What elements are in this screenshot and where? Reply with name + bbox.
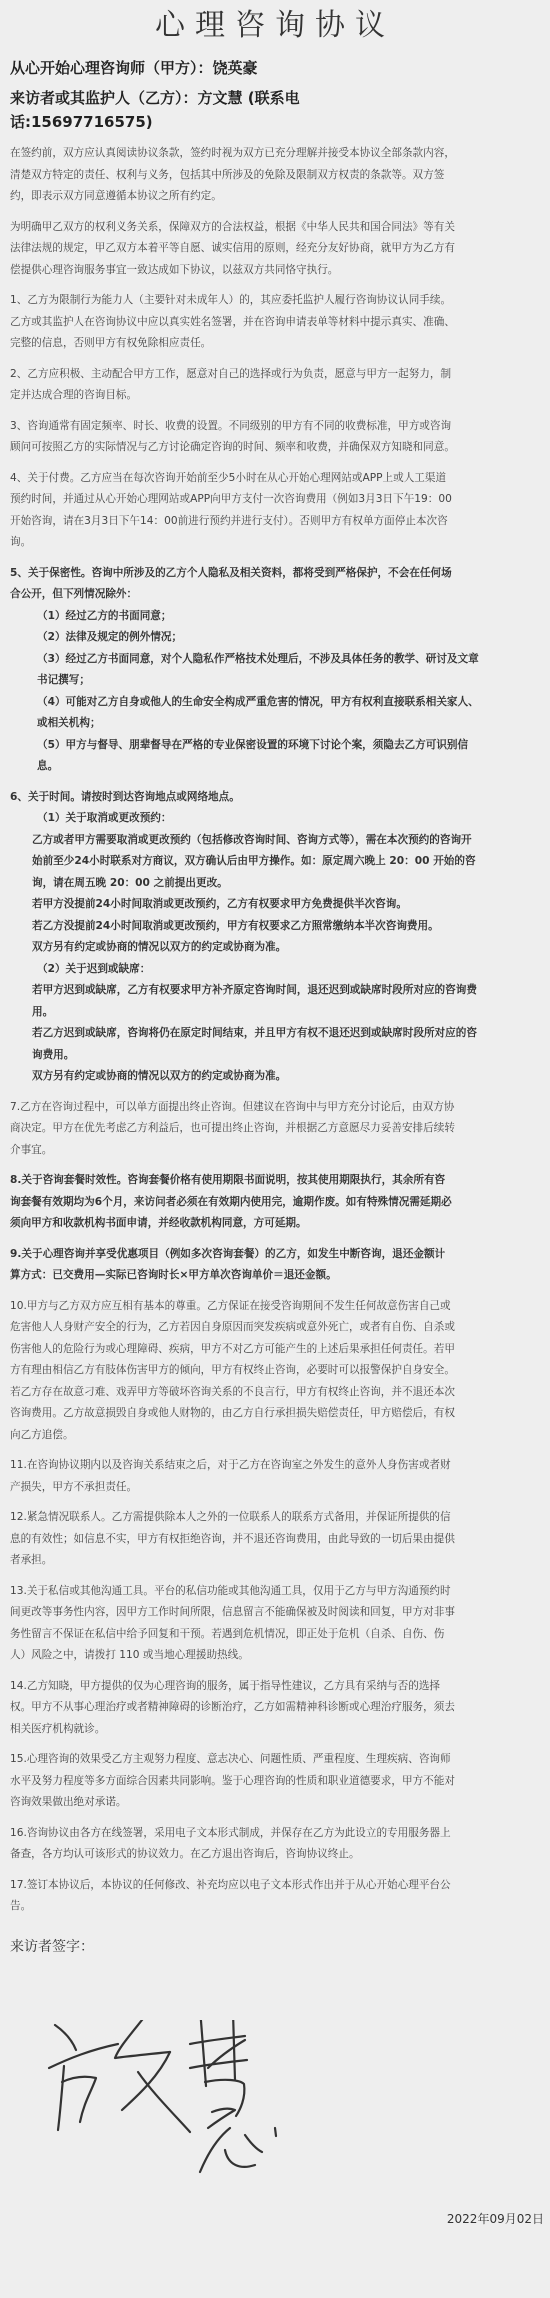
clause-3: 3、咨询通常有固定频率、时长、收费的设置。不同级别的甲方有不同的收费标准，甲方或… — [10, 416, 455, 459]
clause-6-sub2-text: 若乙方迟到或缺席，咨询将仍在原定时间结束，并且甲方有权不退还迟到或缺席时段所对应… — [10, 1023, 477, 1066]
clause-6-sub1-text: 若甲方没提前24小时间取消或更改预约，乙方有权要求甲方免费提供半次咨询。 — [10, 894, 477, 916]
clause-8: 8.关于咨询套餐时效性。咨询套餐价格有使用期限书面说明，按其使用期限执行，其余所… — [10, 1170, 455, 1235]
clause-6-sub2-text: 双方另有约定或协商的情况以双方的约定或协商为准。 — [10, 1066, 477, 1088]
clause-5-item: （4）可能对乙方自身或他人的生命安全构成严重危害的情况，甲方有权利直接联系相关家… — [10, 692, 482, 735]
clause-6-sub1-text: 双方另有约定或协商的情况以双方的约定或协商为准。 — [10, 937, 477, 959]
clause-6-heading: 6、关于时间。请按时到达咨询地点或网络地点。 — [10, 787, 455, 809]
clause-6-sub2-text: 若甲方迟到或缺席，乙方有权要求甲方补齐原定咨询时间，退还迟到或缺席时段所对应的咨… — [10, 980, 477, 1023]
clause-6-sub2-heading: （2）关于迟到或缺席： — [10, 959, 482, 981]
clause-15: 15.心理咨询的效果受乙方主观努力程度、意志决心、问题性质、严重程度、生理疾病、… — [10, 1749, 455, 1814]
clause-2: 2、乙方应积极、主动配合甲方工作，愿意对自己的选择或行为负责，愿意与甲方一起努力… — [10, 364, 455, 407]
signature-label: 来访者签字： — [10, 1936, 540, 1956]
clause-14: 14.乙方知晓，甲方提供的仅为心理咨询的服务，属于指导性建议，乙方具有采纳与否的… — [10, 1676, 455, 1741]
clause-17: 17.签订本协议后，本协议的任何修改、补充均应以电子文本形式作出并于从心开始心理… — [10, 1875, 455, 1918]
clause-1: 1、乙方为限制行为能力人（主要针对未成年人）的，其应委托监护人履行咨询协议认同手… — [10, 290, 455, 355]
page-title: 心理咨询协议 — [10, 0, 540, 48]
clause-5-item: （2）法律及规定的例外情况； — [10, 627, 482, 649]
clause-11: 11.在咨询协议期内以及咨询关系结束之后，对于乙方在咨询室之外发生的意外人身伤害… — [10, 1455, 455, 1498]
clause-5-item: （3）经过乙方书面同意，对个人隐私作严格技术处理后，不涉及具体任务的教学、研讨及… — [10, 649, 482, 692]
clause-6-sub1-heading: （1）关于取消或更改预约： — [10, 808, 482, 830]
agreement-document: 心理咨询协议 从心开始心理咨询师（甲方）：饶英豪 来访者或其监护人（乙方）：方文… — [0, 0, 550, 1956]
clause-5-item: （5）甲方与督导、朋辈督导在严格的专业保密设置的环境下讨论个案，须隐去乙方可识别… — [10, 735, 482, 778]
clause-5-heading: 5、关于保密性。咨询中所涉及的乙方个人隐私及相关资料，都将受到严格保护，不会在任… — [10, 563, 455, 606]
clause-9: 9.关于心理咨询并享受优惠项目（例如多次咨询套餐）的乙方，如发生中断咨询，退还金… — [10, 1244, 455, 1287]
party-a: 从心开始心理咨询师（甲方）：饶英豪 — [10, 56, 540, 80]
intro-paragraph: 为明确甲乙双方的权利义务关系，保障双方的合法权益，根据《中华人民共和国合同法》等… — [10, 217, 455, 282]
clause-13: 13.关于私信或其他沟通工具。平台的私信功能或其他沟通工具，仅用于乙方与甲方沟通… — [10, 1581, 455, 1667]
signing-date: 2022年09月02日 — [447, 2210, 544, 2227]
party-b: 来访者或其监护人（乙方）：方文慧 (联系电话:15697716575) — [10, 86, 310, 134]
clause-10: 10.甲方与乙方双方应互相有基本的尊重。乙方保证在接受咨询期间不发生任何故意伤害… — [10, 1296, 455, 1447]
handwritten-signature — [40, 2020, 300, 2180]
clause-6-sub1-text: 乙方或者甲方需要取消或更改预约（包括修改咨询时间、咨询方式等），需在本次预约的咨… — [10, 830, 477, 895]
clause-5-item: （1）经过乙方的书面同意； — [10, 606, 482, 628]
intro-paragraph: 在签约前，双方应认真阅读协议条款，签约时视为双方已充分理解并接受本协议全部条款内… — [10, 143, 455, 208]
clause-4: 4、关于付费。乙方应当在每次咨询开始前至少5小时在从心开始心理网站或APP上或人… — [10, 468, 455, 554]
clause-7: 7.乙方在咨询过程中，可以单方面提出终止咨询。但建议在咨询中与甲方充分讨论后，由… — [10, 1097, 455, 1162]
clause-6-sub1-text: 若乙方没提前24小时间取消或更改预约，甲方有权要求乙方照常缴纳本半次咨询费用。 — [10, 916, 477, 938]
clause-12: 12.紧急情况联系人。乙方需提供除本人之外的一位联系人的联系方式备用，并保证所提… — [10, 1507, 455, 1572]
clause-16: 16.咨询协议由各方在线签署，采用电子文本形式制成，并保存在乙方为此设立的专用服… — [10, 1823, 455, 1866]
